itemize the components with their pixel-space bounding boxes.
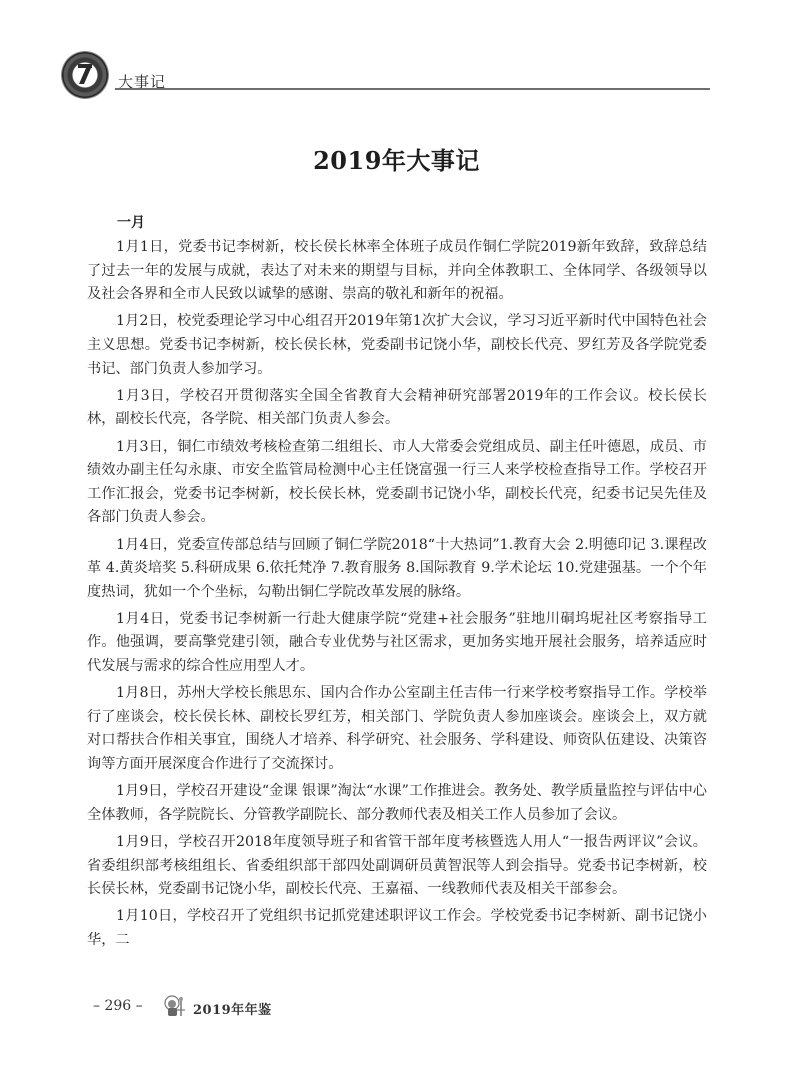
entry-paragraph: 1月3日，铜仁市绩效考核检查第二组组长、市人大常委会党组成员、副主任叶德恩，成员… [87,436,707,530]
entry-paragraph: 1月9日，学校召开2018年度领导班子和省管干部年度考核暨选人用人“一报告两评议… [87,831,707,902]
entry-paragraph: 1月3日，学校召开贯彻落实全国全省教育大会精神研究部署2019年的工作会议。校长… [87,385,707,432]
university-seal-icon [62,52,108,98]
month-heading: 一月 [117,212,145,232]
mascot-icon [163,994,189,1018]
entry-paragraph: 1月4日，党委宣传部总结与回顾了铜仁学院2018“十大热词”1.教育大会 2.明… [87,534,707,605]
entry-paragraph: 1月4日，党委书记李树新一行赴大健康学院“党建+社会服务”驻地川硐坞坭社区考察指… [87,608,707,679]
yearbook-label: 2019年年鉴 [193,999,272,1018]
entry-paragraph: 1月10日，学校召开了党组织书记抓党建述职评议工作会。学校党委书记李树新、副书记… [87,905,707,952]
entry-paragraph: 1月1日，党委书记李树新，校长侯长林率全体班子成员作铜仁学院2019新年致辞，致… [87,236,707,307]
chronicle-entries: 1月1日，党委书记李树新，校长侯长林率全体班子成员作铜仁学院2019新年致辞，致… [87,236,707,956]
page-number: – 296 – [93,998,143,1014]
entry-paragraph: 1月8日，苏州大学校长熊思东、国内合作办公室副主任吉伟一行来学校考察指导工作。学… [87,682,707,776]
entry-paragraph: 1月9日，学校召开建设“金课 银课”淘汰“水课”工作推进会。教务处、教学质量监控… [87,780,707,827]
page-title: 2019年大事记 [0,141,793,176]
page-footer: – 296 – 2019年年鉴 [93,994,393,1020]
entry-paragraph: 1月2日，校党委理论学习中心组召开2019年第1次扩大会议，学习习近平新时代中国… [87,310,707,381]
seal-emblem-icon [78,64,92,84]
page-header: 大事记 [62,52,710,96]
header-divider [115,88,710,90]
